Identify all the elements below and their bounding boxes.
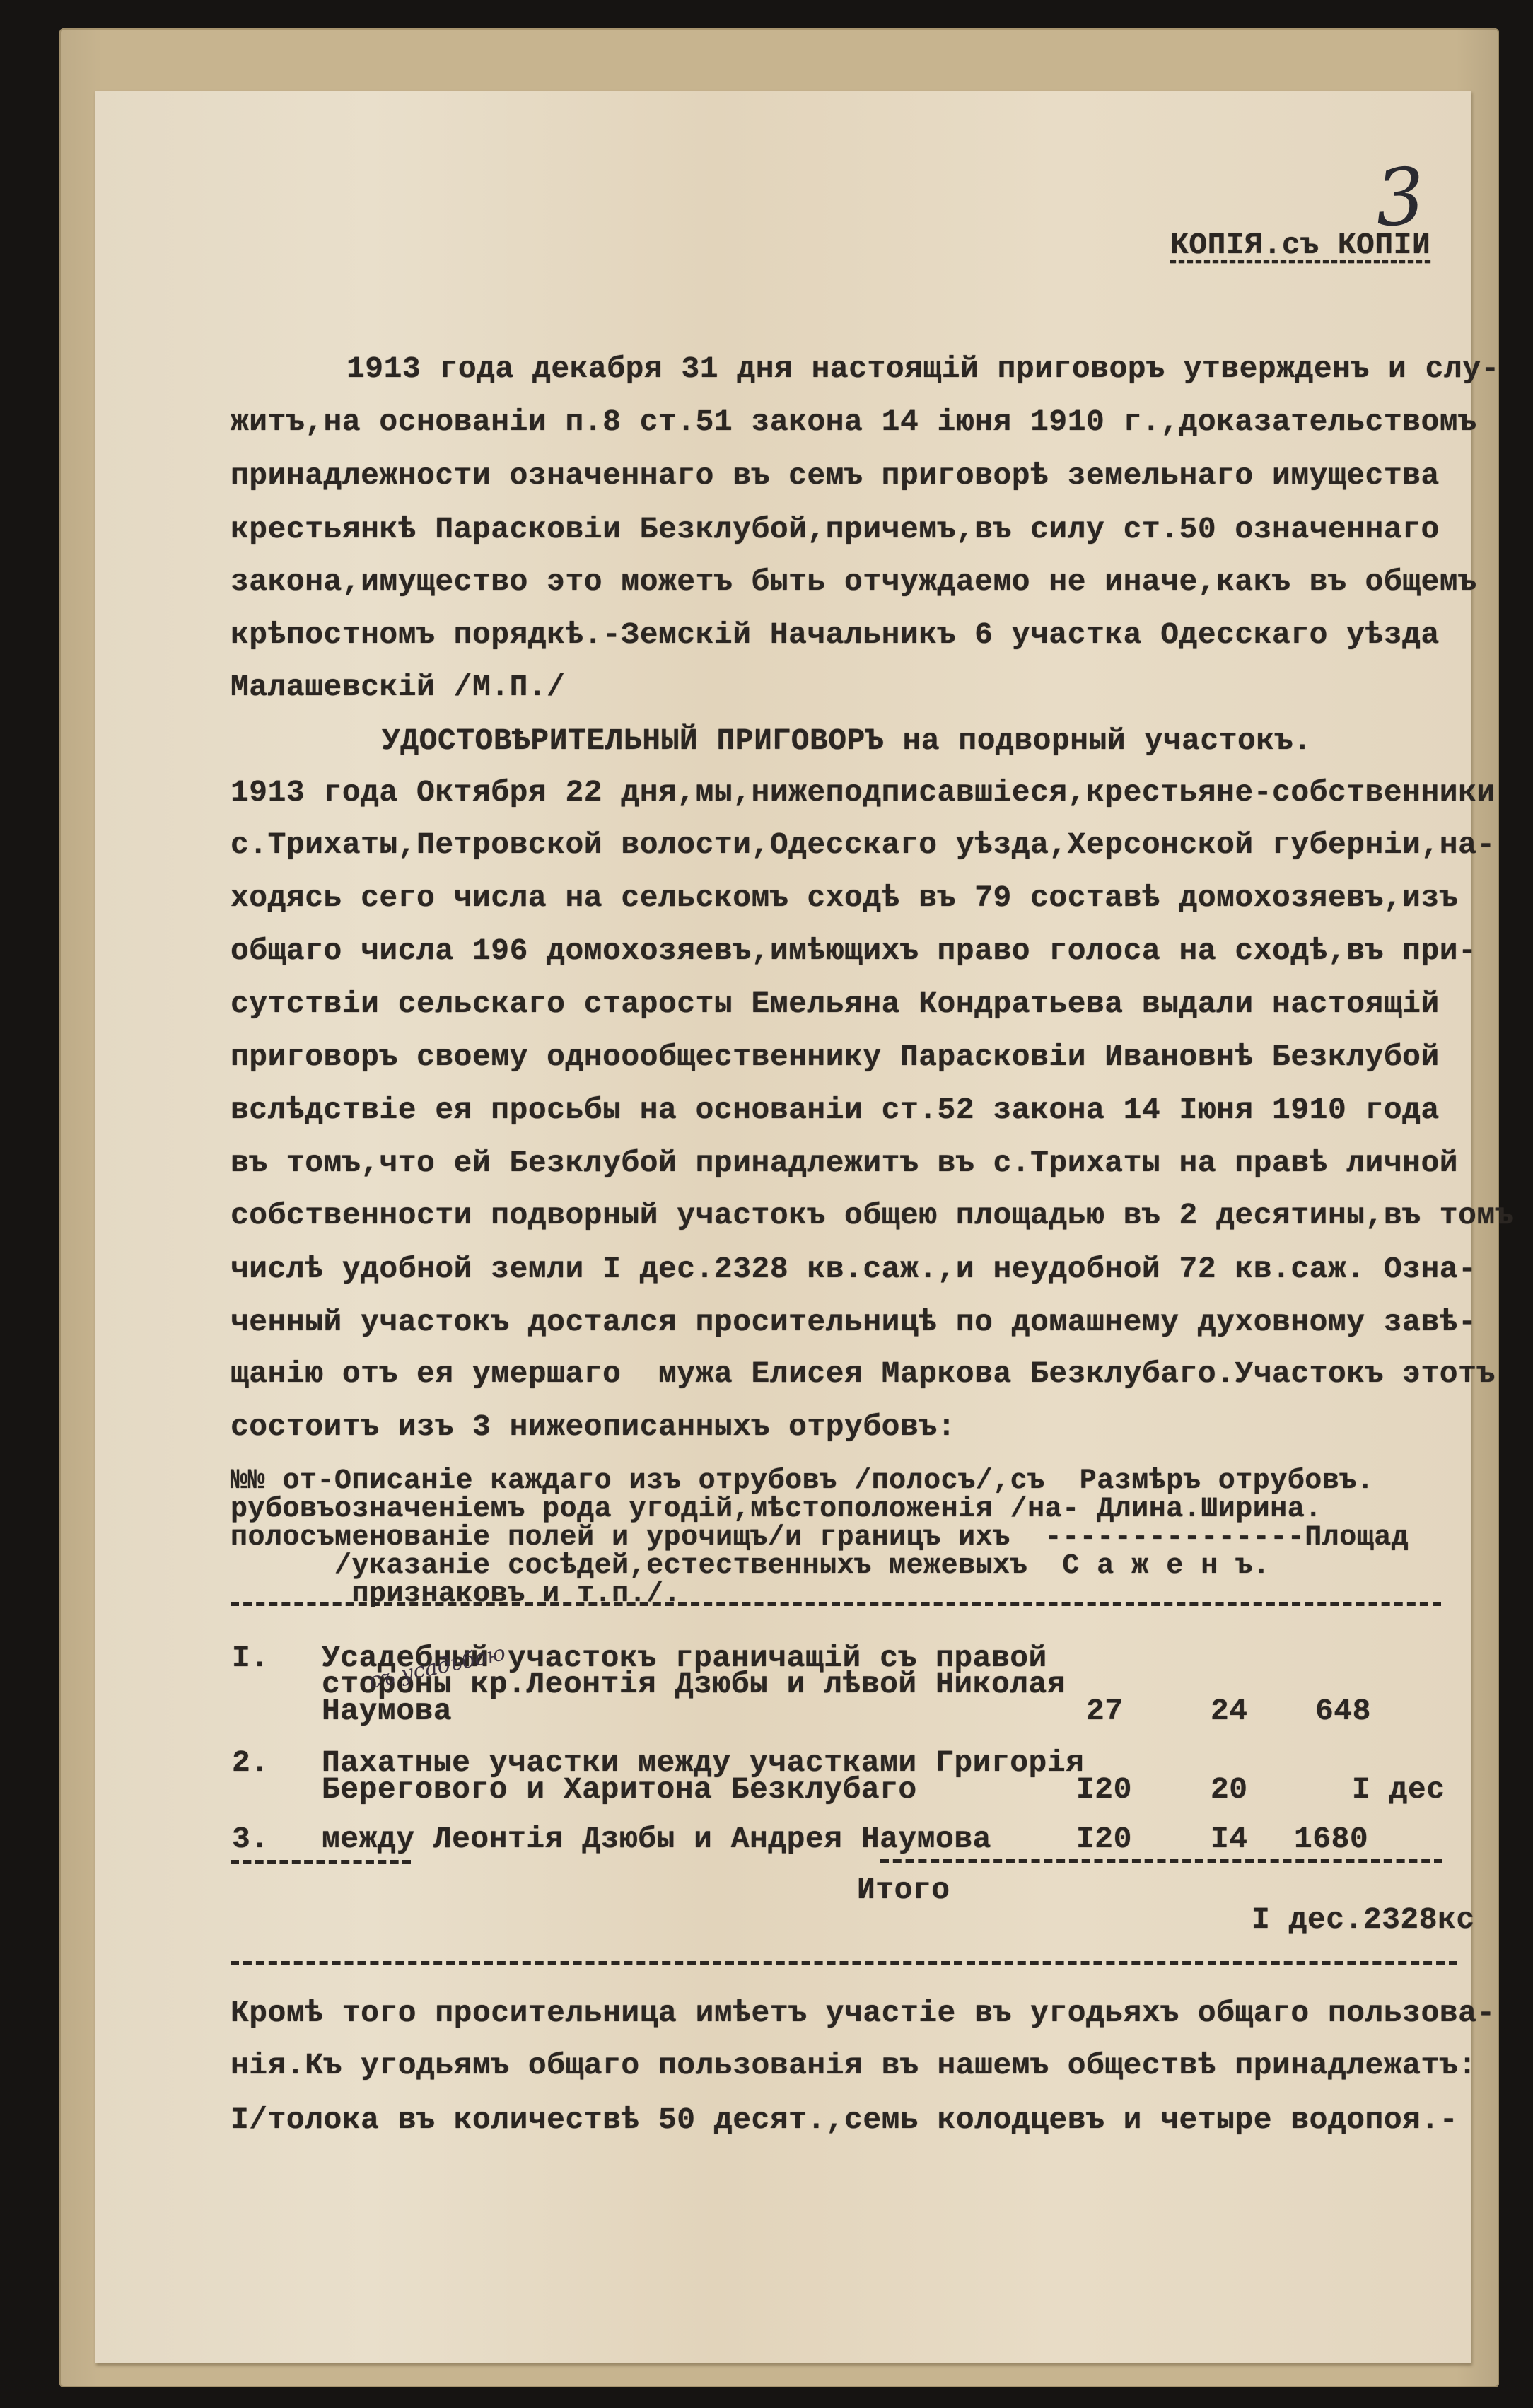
copy-header: КОПIЯ.съ КОПIИ xyxy=(1170,228,1430,262)
row-number: I. xyxy=(232,1641,269,1675)
text-line: сутствiи сельскаго старосты Емельяна Кон… xyxy=(231,987,1440,1021)
text-line: нiя.Къ угодьямъ общаго пользованiя въ на… xyxy=(231,2048,1476,2083)
row-width: 24 xyxy=(1211,1694,1248,1728)
text-line: ченный участокъ достался просительницѣ п… xyxy=(231,1305,1476,1339)
text-line: щанiю отъ ея умершаго мужа Елисея Марков… xyxy=(231,1356,1496,1391)
text-line: приговоръ своему одноообщественнику Пара… xyxy=(231,1040,1440,1074)
text-line: ходясь сего числа на сельскомъ сходѣ въ … xyxy=(231,880,1458,915)
row-width: I4 xyxy=(1211,1822,1248,1856)
row-description: Берегового и Харитона Безклубаго xyxy=(322,1772,917,1807)
text-line: с.Трихаты,Петровской волости,Одесскаго у… xyxy=(231,827,1496,862)
table-header-line: полосъменованiе полей и урочищъ/и границ… xyxy=(231,1522,1409,1554)
row-width: 20 xyxy=(1211,1772,1248,1807)
text-line: общаго числа 196 домохозяевъ,имѣющихъ пр… xyxy=(231,933,1476,968)
text-line: состоитъ изъ 3 нижеописанныхъ отрубовъ: xyxy=(231,1409,956,1444)
text-line: житъ,на основанiи п.8 ст.51 закона 14 iю… xyxy=(231,405,1476,439)
text-line: крѣпостномъ порядкѣ.-Земскiй Начальникъ … xyxy=(231,617,1440,652)
text-line: 1913 года декабря 31 дня настоящiй приго… xyxy=(346,351,1500,386)
text-line: Кромѣ того просительница имѣетъ участiе … xyxy=(231,1996,1496,2030)
document-title: УДОСТОВѢРИТЕЛЬНЫЙ ПРИГОВОРЪ на подворный… xyxy=(382,723,1312,758)
table-header-line: /указанiе сосѣдей,естественныхъ межевыхъ… xyxy=(231,1550,1270,1582)
text-line: собственности подворный участокъ общею п… xyxy=(231,1198,1514,1233)
table-header-divider xyxy=(231,1602,1441,1606)
row-area: 1680 xyxy=(1294,1822,1368,1856)
section-divider xyxy=(231,1961,1457,1965)
total-divider xyxy=(880,1859,1442,1863)
row-description: Наумова xyxy=(322,1694,452,1728)
text-line: вслѣдствiе ея просьбы на основанiи ст.52… xyxy=(231,1093,1440,1127)
table-header-line: рубовъозначенiемъ рода угодiй,мѣстополож… xyxy=(231,1494,1322,1525)
row-description: между Леонтiя Дзюбы и Андрея Наумова xyxy=(322,1822,991,1856)
text-line: въ томъ,что ей Безклубой принадлежитъ въ… xyxy=(231,1146,1458,1180)
row-number: 2. xyxy=(232,1745,269,1780)
table-header-line: №№ от-Описанiе каждаго изъ отрубовъ /пол… xyxy=(231,1465,1374,1497)
total-value: I дес.2328кс xyxy=(1252,1902,1475,1937)
row-area: I дес xyxy=(1352,1772,1445,1807)
row-number: 3. xyxy=(232,1822,269,1856)
text-line: 1913 года Октября 22 дня,мы,нижеподписав… xyxy=(231,775,1496,810)
text-line: Малашевскiй /М.П./ xyxy=(231,670,565,704)
text-line: закона,имущество это можетъ быть отчужда… xyxy=(231,564,1476,599)
total-label: Итого xyxy=(857,1873,950,1907)
text-line: принадлежности означеннаго въ семъ приго… xyxy=(231,458,1440,493)
row-length: 27 xyxy=(1086,1694,1124,1728)
row-divider-short xyxy=(231,1860,411,1864)
row-area: 648 xyxy=(1315,1694,1371,1728)
text-line: числѣ удобной земли I дес.2328 кв.саж.,и… xyxy=(231,1252,1476,1286)
text-line: крестьянкѣ Парасковiи Безклубой,причемъ,… xyxy=(231,512,1440,547)
row-length: I20 xyxy=(1076,1772,1132,1807)
row-length: I20 xyxy=(1076,1822,1132,1856)
text-line: I/толока въ количествѣ 50 десят.,семь ко… xyxy=(231,2102,1458,2137)
